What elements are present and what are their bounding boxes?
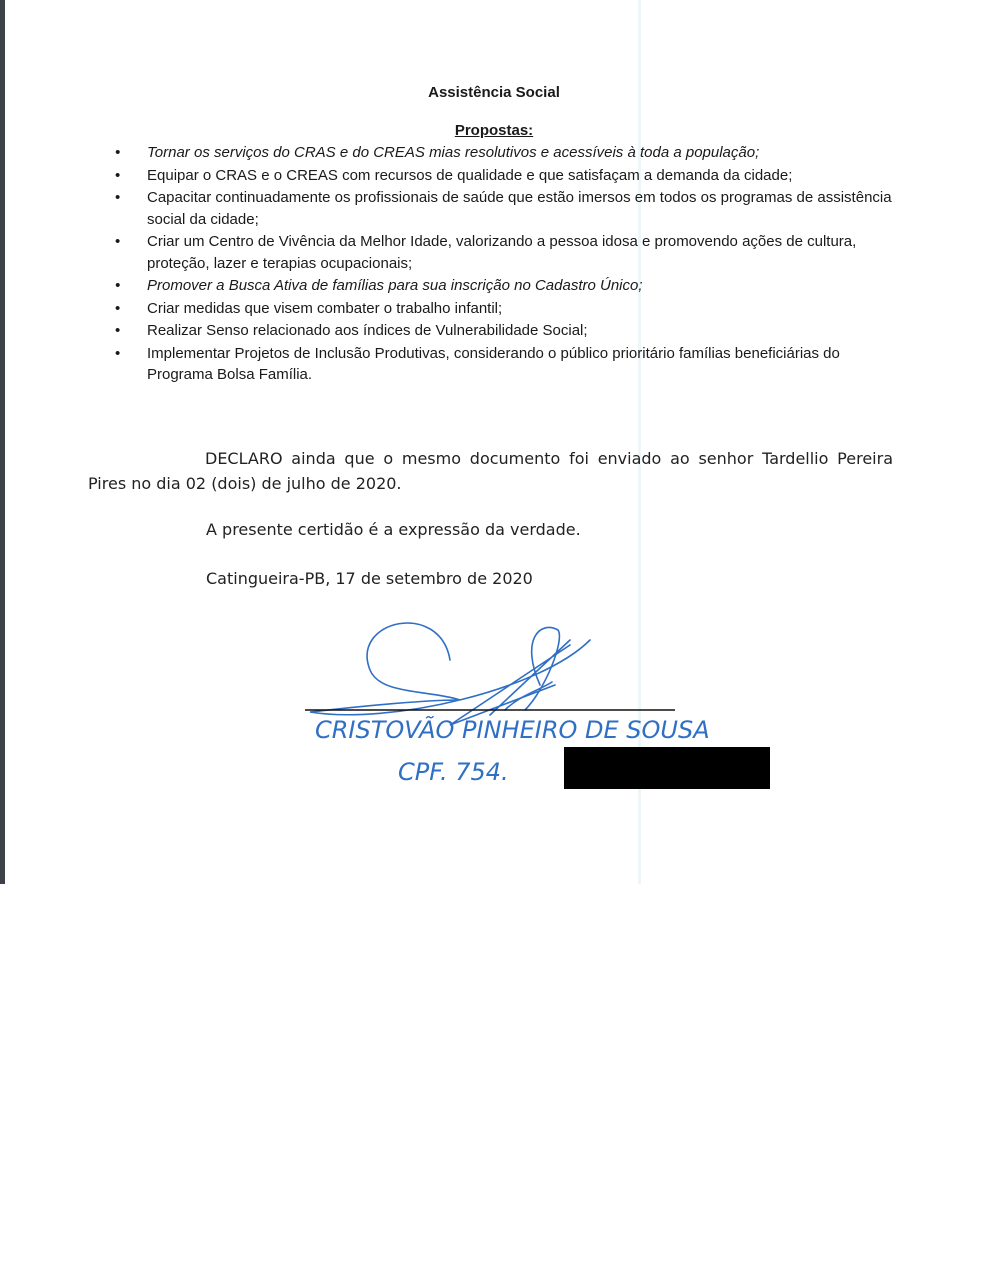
proposal-item: Tornar os serviços do CRAS e do CREAS mi… xyxy=(112,142,902,164)
proposal-item: Promover a Busca Ativa de famílias para … xyxy=(112,275,902,297)
signature-name: CRISTOVÃO PINHEIRO DE SOUSA xyxy=(315,714,710,744)
proposals-heading: Propostas: xyxy=(0,122,988,139)
proposal-item: Equipar o CRAS e o CREAS com recursos de… xyxy=(112,165,902,187)
truth-statement: A presente certidão é a expressão da ver… xyxy=(206,520,581,539)
signature-cpf: CPF. 754. xyxy=(398,758,509,786)
document-title: Assistência Social xyxy=(0,84,988,101)
cpf-redaction-box xyxy=(564,747,770,789)
declaration-paragraph: DECLARO ainda que o mesmo documento foi … xyxy=(88,446,893,496)
place-date: Catingueira-PB, 17 de setembro de 2020 xyxy=(206,569,533,588)
declaration-text: DECLARO ainda que o mesmo documento foi … xyxy=(88,449,893,493)
proposal-item: Criar medidas que visem combater o traba… xyxy=(112,298,902,320)
proposals-list: Tornar os serviços do CRAS e do CREAS mi… xyxy=(112,142,902,387)
proposal-item: Implementar Projetos de Inclusão Produti… xyxy=(112,343,902,386)
signature-scribble xyxy=(310,623,590,715)
proposal-item: Capacitar continuadamente os profissiona… xyxy=(112,187,902,230)
proposal-item: Realizar Senso relacionado aos índices d… xyxy=(112,320,902,342)
proposal-item: Criar um Centro de Vivência da Melhor Id… xyxy=(112,231,902,274)
